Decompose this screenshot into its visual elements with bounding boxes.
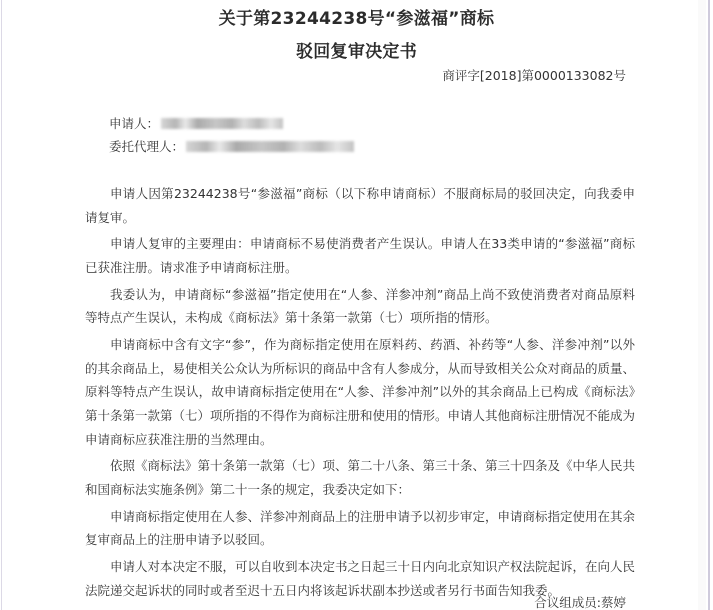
paragraph-legal-basis: 依照《商标法》第十条第一款第（七）项、第二十八条、第三十条、第三十四条及《中华人… [85, 454, 635, 501]
panel-member-signature: 合议组成员:蔡婷 [534, 593, 626, 610]
applicant-name-redacted [161, 118, 283, 129]
agent-row: 委托代理人： [109, 137, 354, 155]
agent-label: 委托代理人： [109, 137, 184, 155]
applicant-label: 申请人： [109, 114, 159, 132]
paragraph-misleading-analysis: 申请商标中含有文字“参”，作为商标指定使用在原料药、药酒、补药等“人参、洋参冲剂… [85, 333, 635, 451]
paragraph-decision: 申请商标指定使用在人参、洋参冲剂商品上的注册申请予以初步审定，申请商标指定使用在… [85, 505, 635, 552]
document-subtitle: 驳回复审决定书 [2, 37, 711, 62]
document-page: 关于第23244238号“参滋福”商标 驳回复审决定书 商评字[2018]第00… [1, 0, 710, 610]
applicant-row: 申请人： [109, 114, 283, 132]
paragraph-background: 申请人因第23244238号“参滋福”商标（以下称申请商标）不服商标局的驳回决定… [85, 182, 635, 229]
agent-name-redacted [186, 141, 354, 152]
decision-body: 申请人因第23244238号“参滋福”商标（以下称申请商标）不服商标局的驳回决定… [85, 182, 635, 605]
scrollbar-track[interactable] [698, 0, 706, 610]
document-number: 商评字[2018]第0000133082号 [442, 66, 626, 84]
paragraph-board-opinion: 我委认为，申请商标“参滋福”指定使用在“人参、洋参冲剂”商品上尚不致使消费者对商… [85, 283, 635, 330]
paragraph-applicant-reasons: 申请人复审的主要理由：申请商标不易使消费者产生误认。申请人在33类申请的“参滋福… [85, 232, 635, 279]
document-title: 关于第23244238号“参滋福”商标 [2, 4, 711, 29]
